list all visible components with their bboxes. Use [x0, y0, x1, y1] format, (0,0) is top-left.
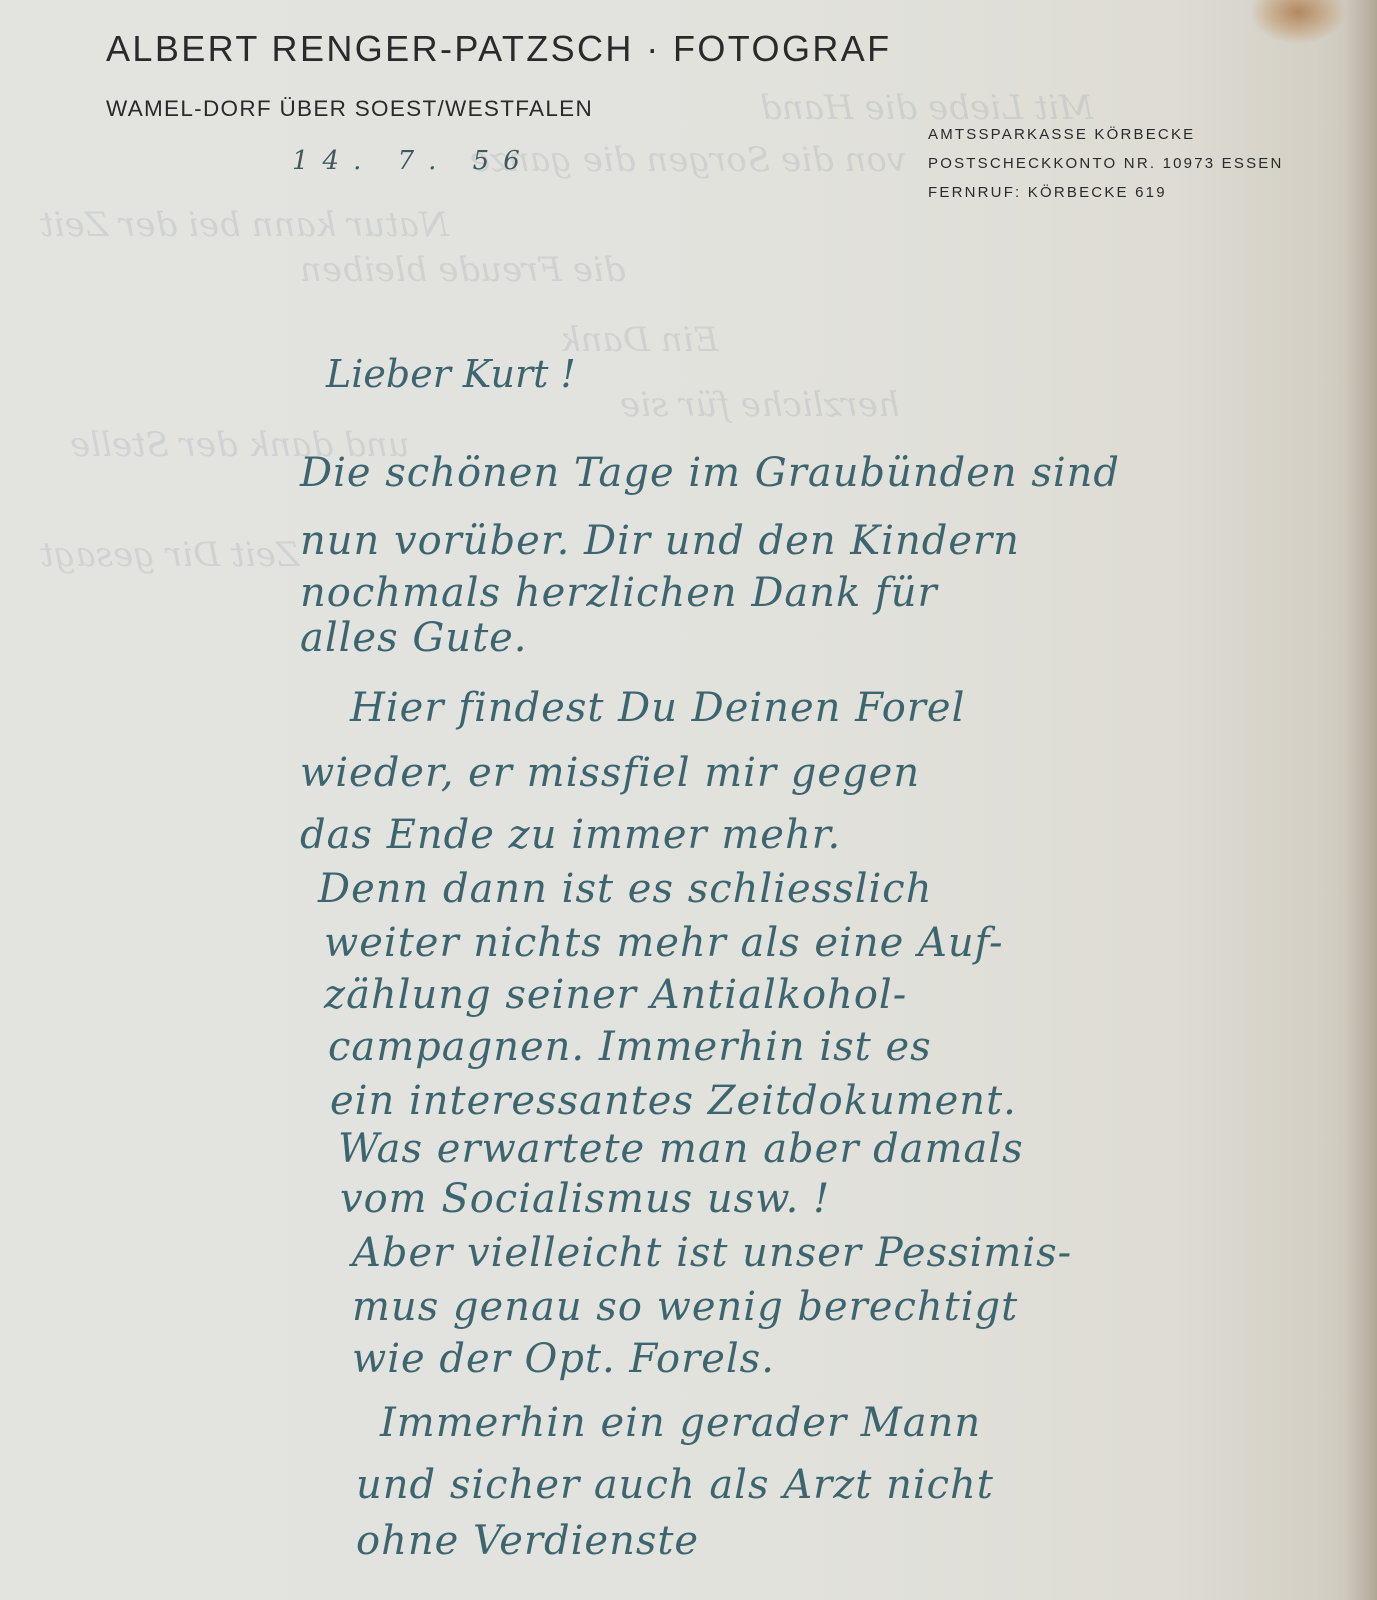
body-line: Aber vielleicht ist unser Pessimis-: [352, 1230, 1072, 1276]
letter-page: Mit Liebe die Hand von die Sorgen die ga…: [0, 0, 1377, 1600]
letter-date: 14. 7. 56: [292, 146, 534, 176]
bleed-through-line: Zeit Dir gesagt: [40, 535, 299, 575]
page-edge-shadow: [1343, 0, 1377, 1600]
body-line: wie der Opt. Forels.: [352, 1336, 775, 1382]
bank-line: AMTSSPARKASSE KÖRBECKE: [928, 120, 1284, 149]
body-line: campagnen. Immerhin ist es: [328, 1024, 932, 1070]
bleed-through-line: Natur kann bei der Zeit: [40, 205, 449, 245]
bleed-through-line: herzliche für sie: [620, 385, 900, 425]
body-line: wieder, er missfiel mir gegen: [300, 750, 920, 796]
body-line: zählung seiner Antialkohol-: [324, 972, 907, 1018]
bleed-through-line: die Freude bleiben: [300, 250, 626, 290]
body-line: mus genau so wenig berechtigt: [352, 1284, 1018, 1330]
phone-line: FERNRUF: KÖRBECKE 619: [928, 178, 1284, 207]
bleed-through-line: Ein Dank: [560, 320, 718, 360]
body-line: nochmals herzlichen Dank für: [300, 570, 938, 616]
body-line: nun vorüber. Dir und den Kindern: [300, 518, 1020, 564]
body-line: ohne Verdienste: [356, 1518, 699, 1564]
body-line: Was erwartete man aber damals: [338, 1126, 1024, 1172]
letterhead-address: WAMEL-DORF ÜBER SOEST/WESTFALEN: [106, 96, 593, 122]
body-line: vom Socialismus usw. !: [340, 1176, 830, 1222]
body-line: Denn dann ist es schliesslich: [318, 866, 932, 912]
body-line: und sicher auch als Arzt nicht: [356, 1462, 994, 1508]
letterhead-name: ALBERT RENGER-PATZSCH · FOTOGRAF: [106, 28, 892, 70]
salutation: Lieber Kurt !: [326, 352, 576, 396]
body-line: alles Gute.: [300, 615, 528, 661]
body-line: weiter nichts mehr als eine Auf-: [324, 920, 1004, 966]
letterhead-bank-details: AMTSSPARKASSE KÖRBECKE POSTSCHECKKONTO N…: [928, 120, 1284, 207]
body-line: das Ende zu immer mehr.: [300, 812, 841, 858]
body-line: Immerhin ein gerader Mann: [380, 1400, 981, 1446]
body-line: Hier findest Du Deinen Forel: [350, 685, 965, 731]
bleed-through-line: von die Sorgen die ganze: [470, 140, 906, 180]
postal-account-line: POSTSCHECKKONTO NR. 10973 ESSEN: [928, 149, 1284, 178]
body-line: Die schönen Tage im Graubünden sind: [300, 450, 1120, 496]
body-line: ein interessantes Zeitdokument.: [330, 1078, 1017, 1124]
